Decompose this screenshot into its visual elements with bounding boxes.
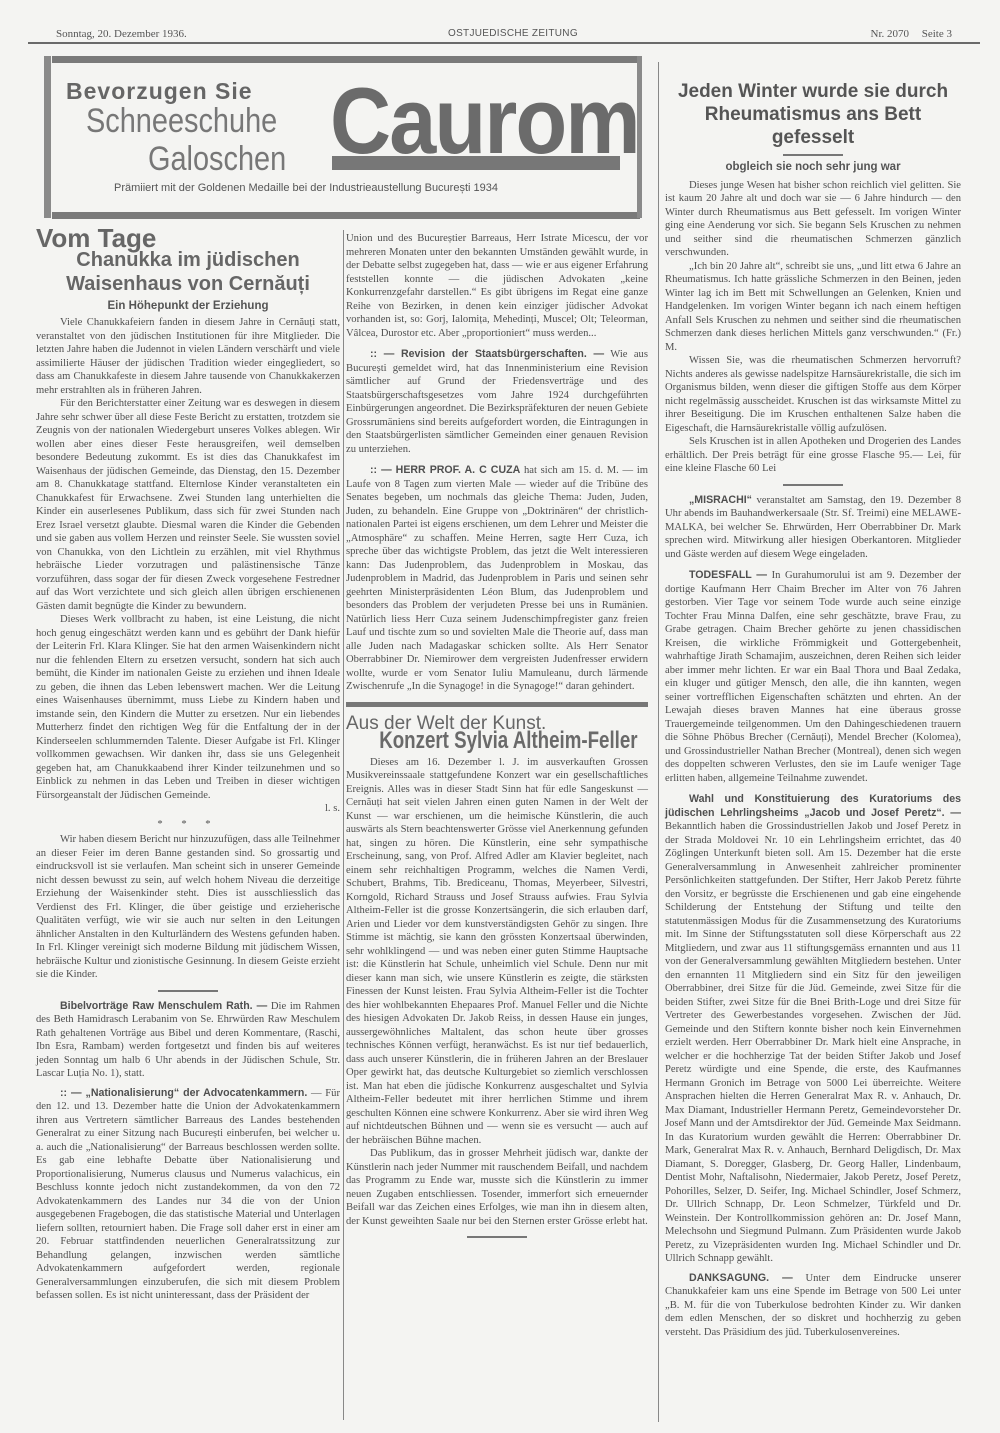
item-text: Bekanntlich haben die Grossindustriellen… <box>665 821 961 1264</box>
section-rule <box>346 702 648 707</box>
column-rule-2 <box>658 62 659 1422</box>
item-text: Die im Rahmen des Beth Hamidrasch Leraba… <box>36 1001 340 1080</box>
revision-item: :: — Revision der Staatsbürgerschaften. … <box>346 348 648 456</box>
ad-border-bottom <box>52 212 640 219</box>
separator <box>467 1236 527 1238</box>
ad-border-top <box>52 56 640 63</box>
item-lead: :: — „Nationalisierung“ der Advocatenkam… <box>60 1087 307 1099</box>
concert-headline: Konzert Sylvia Altheim-Feller <box>379 734 615 748</box>
item-lead: „MISRACHI“ <box>689 494 752 506</box>
article-paragraph: „Ich bin 20 Jahre alt“, schreibt sie uns… <box>665 260 961 355</box>
misrachi-item: „MISRACHI“ veranstaltet am Samstag, den … <box>665 494 961 562</box>
item-lead: :: — HERR PROF. A. C CUZA <box>370 464 520 476</box>
author-signature: l. s. <box>325 802 340 816</box>
item-lead: Bibelvorträge Raw Menschulem Rath. — <box>60 1000 267 1012</box>
item-lead: :: — Revision der Staatsbürgerschaften. … <box>370 348 604 360</box>
column-1: Vom Tage Chanukka im jüdischen Waisenhau… <box>36 232 340 1303</box>
ad-award-text: Prämiiert mit der Goldenen Medaille bei … <box>114 182 498 194</box>
separator <box>158 990 218 992</box>
kruschen-subhead: obgleich sie noch sehr jung war <box>665 161 961 175</box>
article-continuation: Union und des Bucureștier Barreaus, Herr… <box>346 232 648 340</box>
column-rule-1 <box>343 230 344 1420</box>
issue-date: Sonntag, 20. Dezember 1936. <box>56 28 187 40</box>
cuza-item: :: — HERR PROF. A. C CUZA hat sich am 15… <box>346 464 648 694</box>
ad-brand-underline <box>332 156 620 170</box>
nationalization-item: :: — „Nationalisierung“ der Advocatenkam… <box>36 1087 340 1303</box>
ad-brand-logo: Caurom <box>330 74 639 168</box>
article-paragraph: Viele Chanukkafeiern fanden in diesem Ja… <box>36 316 340 397</box>
ad-product-snowshoes: Schneeschuhe <box>86 102 277 141</box>
item-text: — Für den 12. und 13. Dezember hatte die… <box>36 1088 340 1302</box>
article-paragraph: Sels Kruschen ist in allen Apotheken und… <box>665 435 961 476</box>
separator <box>783 484 843 486</box>
bible-lectures-item: Bibelvorträge Raw Menschulem Rath. — Die… <box>36 1000 340 1081</box>
thanks-item: DANKSAGUNG. — Unter dem Eindrucke unsere… <box>665 1272 961 1340</box>
article-paragraph: Das Publikum, das in grosser Mehrheit jü… <box>346 1147 648 1228</box>
ad-tagline: Bevorzugen Sie <box>66 78 253 105</box>
column-3: Jeden Winter wurde sie durch Rheumatismu… <box>665 80 961 1339</box>
article-paragraph: Dieses am 16. Dezember l. J. im ausverka… <box>346 756 648 1148</box>
item-lead: TODESFALL — <box>689 569 767 581</box>
obituary-item: TODESFALL — In Gurahumorului ist am 9. D… <box>665 569 961 785</box>
article-headline: Chanukka im jüdischen Waisenhaus von Cer… <box>36 248 340 296</box>
article-subhead: Ein Höhepunkt der Erziehung <box>36 300 340 314</box>
ad-product-galoshes: Galoschen <box>148 140 286 179</box>
issue-number: Nr. 2070 <box>871 28 910 40</box>
caurom-advertisement: Bevorzugen Sie Schneeschuhe Galoschen Ca… <box>44 56 642 218</box>
item-text: Wie aus București gemeldet wird, hat das… <box>346 349 648 455</box>
item-lead: DANKSAGUNG. — <box>689 1272 793 1284</box>
ad-border-left <box>44 56 51 218</box>
article-paragraph: Wissen Sie, was die rheumatischen Schmer… <box>665 354 961 435</box>
separator <box>783 154 843 156</box>
column-2: Union und des Bucureștier Barreaus, Herr… <box>346 232 648 1246</box>
item-text: hat sich am 15. d. M. — im Laufe von 8 T… <box>346 465 648 692</box>
page-number: Seite 3 <box>922 28 952 40</box>
issue-info: Nr. 2070 Seite 3 <box>861 28 953 40</box>
item-lead: Wahl und Konstituierung des Kuratoriums … <box>665 793 961 819</box>
section-kicker: Vom Tage <box>36 232 340 246</box>
article-paragraph: Für den Berichterstatter einer Zeitung w… <box>36 397 340 613</box>
section-dots: * * * <box>36 818 340 832</box>
item-text: In Gurahumorului ist am 9. Dezember der … <box>665 570 961 784</box>
masthead: Sonntag, 20. Dezember 1936. OSTJUEDISCHE… <box>28 24 980 44</box>
article-paragraph: Dieses Werk vollbracht zu haben, ist ein… <box>36 613 340 802</box>
article-addendum: Wir haben diesem Bericht nur hinzuzufüge… <box>36 833 340 982</box>
newspaper-name: OSTJUEDISCHE ZEITUNG <box>448 28 578 39</box>
curatorium-item: Wahl und Konstituierung des Kuratoriums … <box>665 793 961 1266</box>
article-paragraph: Dieses junge Wesen hat bisher schon reic… <box>665 179 961 260</box>
kruschen-headline: Jeden Winter wurde sie durch Rheumatismu… <box>665 80 961 149</box>
